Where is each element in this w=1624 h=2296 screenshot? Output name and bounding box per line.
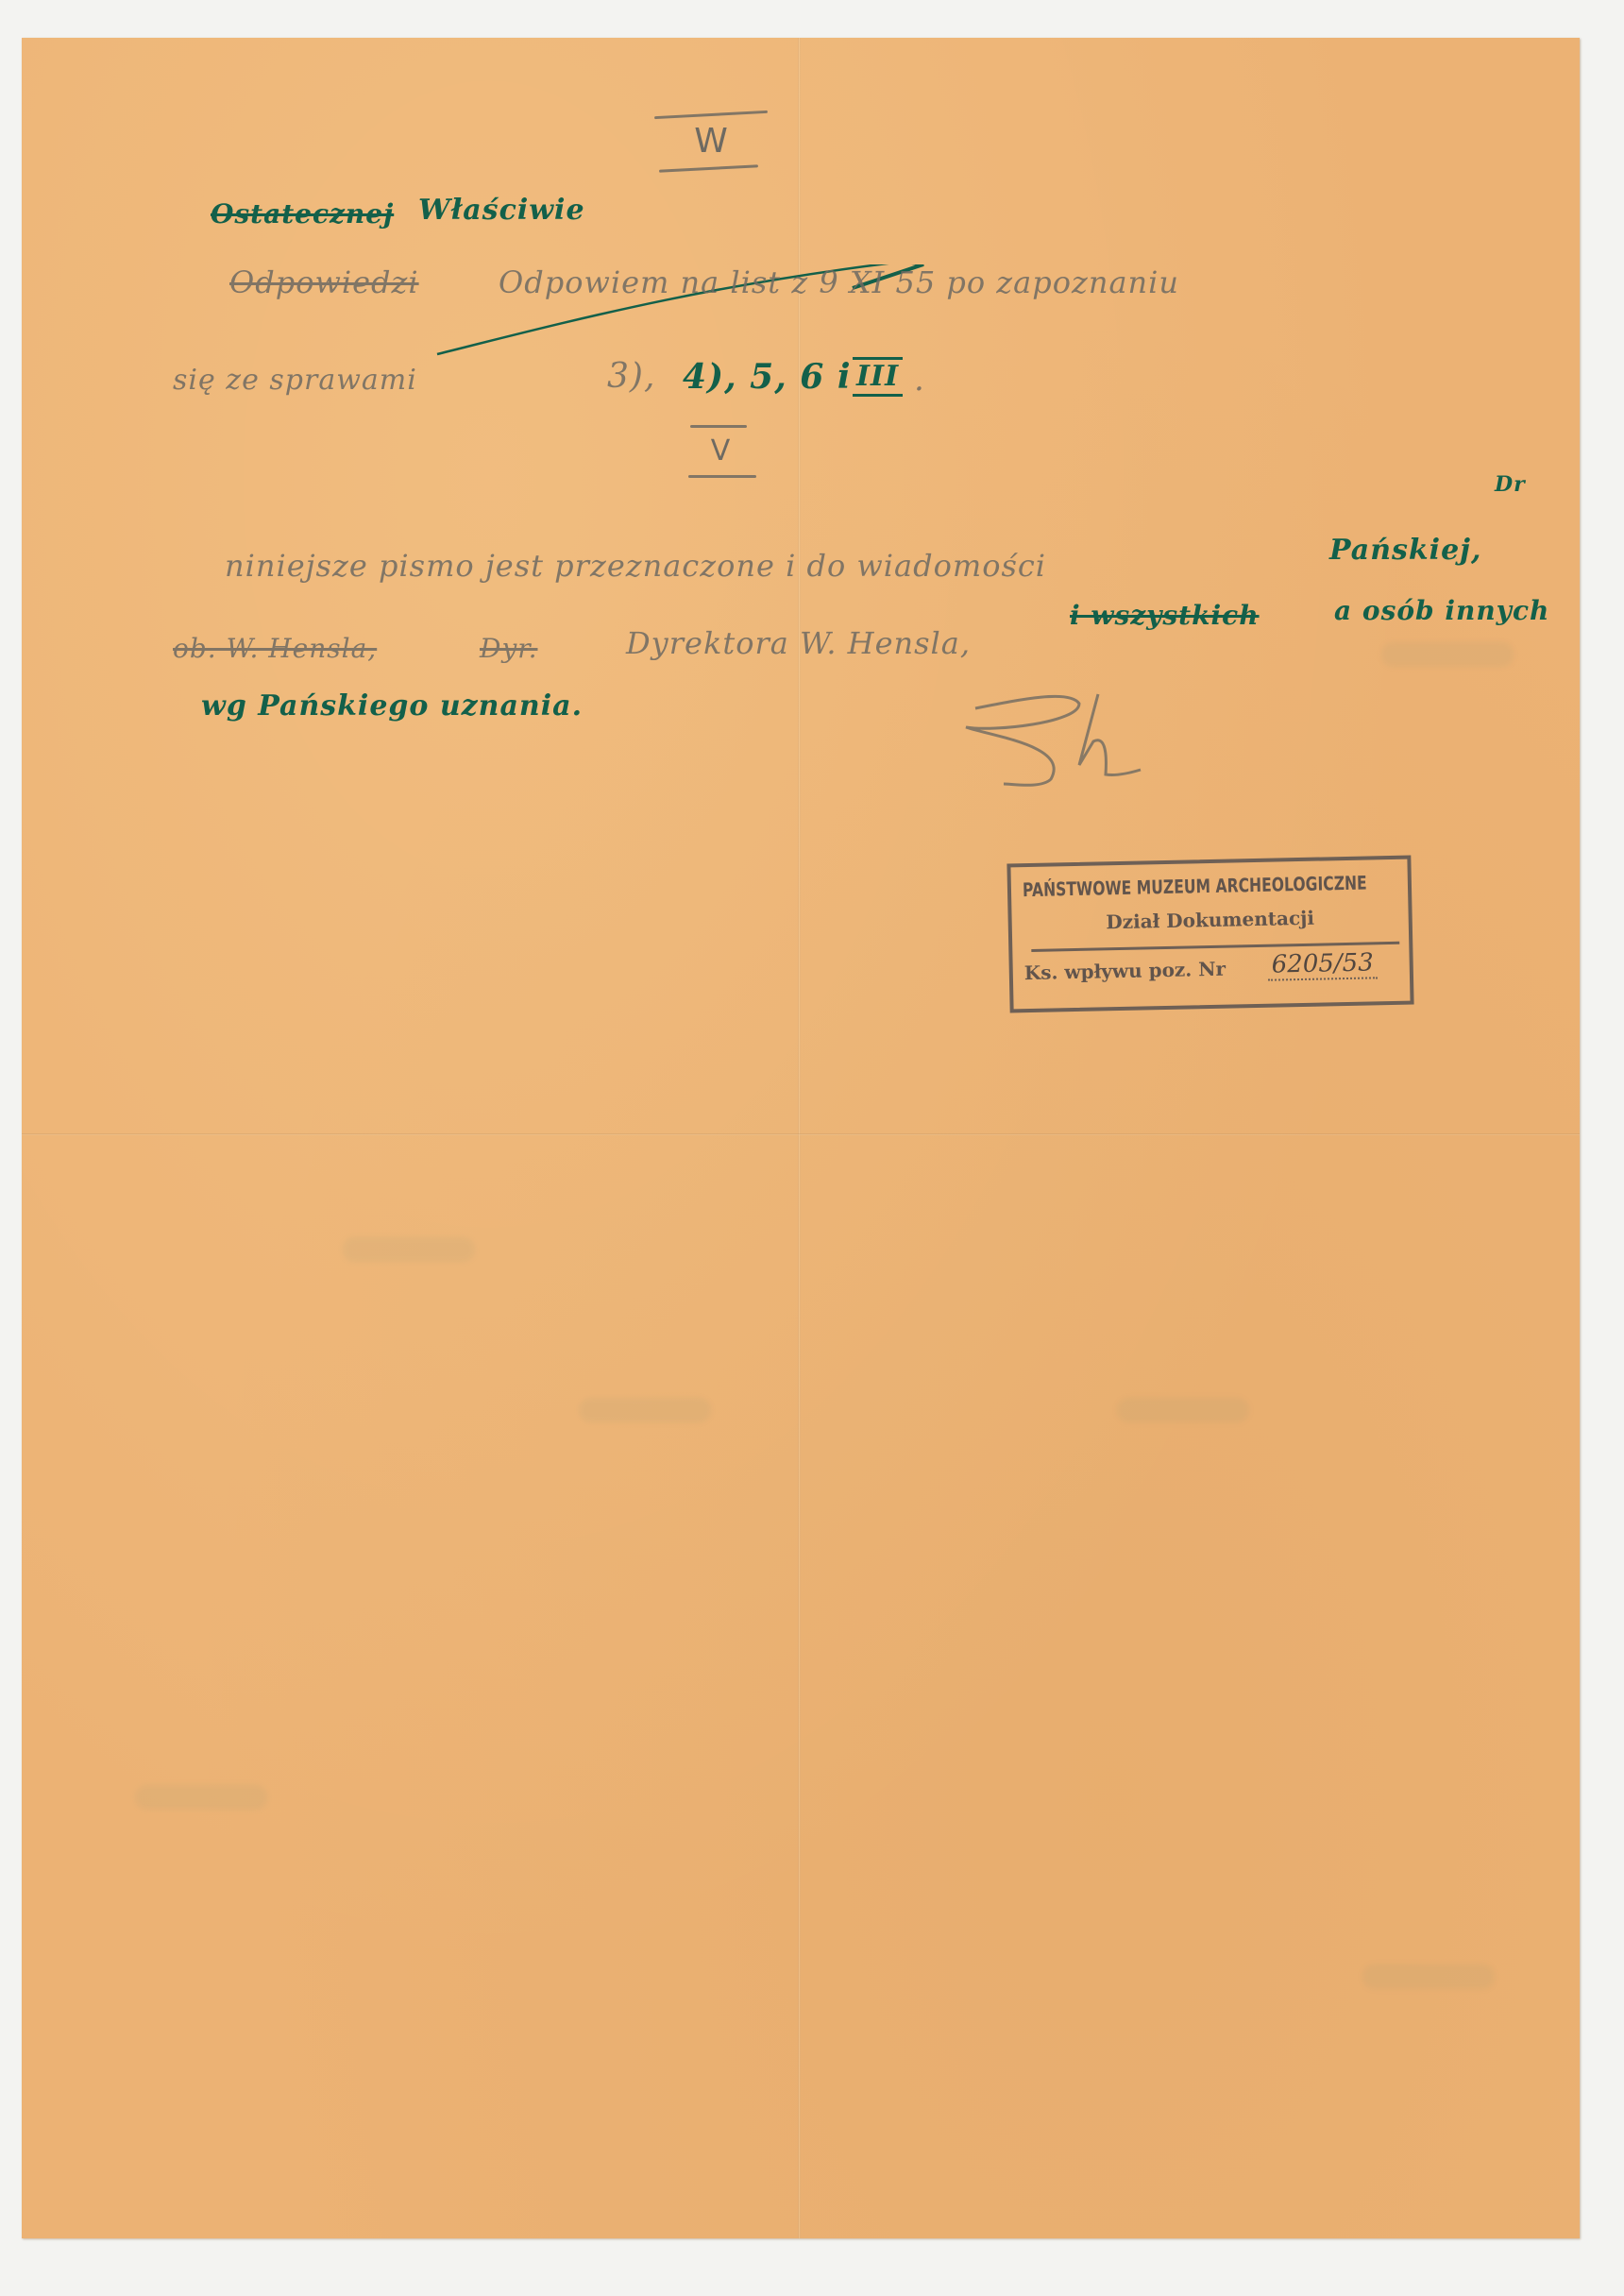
item-list-ink: 4), 5, 6 i: [683, 357, 852, 397]
paragraph-2-line-2: Dyrektora W. Hensla,: [626, 625, 971, 661]
struck-pencil-abbrev: Dyr.: [480, 633, 537, 664]
show-through-mark: [135, 1785, 267, 1810]
heading-letter: V: [683, 428, 758, 475]
struck-pencil-word: Odpowiedzi: [229, 264, 419, 300]
struck-ink-word: Ostatecznej: [211, 198, 394, 230]
show-through-mark: [343, 1237, 475, 1262]
show-through-mark: [1381, 642, 1514, 667]
ink-insert-panskiej: Pańskiej,: [1329, 534, 1481, 567]
heading-underline: [688, 475, 756, 478]
paragraph-2-line-3: wg Pańskiego uznania.: [201, 689, 583, 723]
ink-phrase: a osób innych: [1334, 595, 1549, 626]
paragraph-1-line-1: Odpowiem na list z 9 XI 55 po zapoznaniu: [499, 264, 1179, 300]
sentence-end-period: .: [914, 361, 925, 399]
section-heading-w: W: [650, 113, 772, 170]
inserted-ink-word: Właściwie: [418, 194, 585, 227]
stamp-entry-label: Ks. wpływu poz. Nr: [1024, 958, 1226, 984]
stamp-department: Dział Dokumentacji: [1011, 905, 1408, 936]
heading-underline: [690, 425, 747, 428]
show-through-mark: [579, 1398, 711, 1422]
struck-pencil-name: ob. W. Hensla,: [173, 633, 377, 664]
item-list-pencil: 3),: [607, 357, 655, 396]
horizontal-fold-crease: [22, 1133, 1580, 1135]
superscript-insert: Dr: [1495, 472, 1526, 497]
struck-ink-phrase: i wszystkich: [1070, 600, 1260, 631]
heading-letter: W: [650, 116, 772, 167]
stamp-entry-number: 6205/53: [1267, 948, 1378, 980]
show-through-mark: [1117, 1398, 1249, 1422]
signature-initials-icon: [938, 689, 1145, 793]
section-heading-v: V: [683, 425, 758, 478]
show-through-mark: [1362, 1964, 1495, 1989]
stamp-institution: PAŃSTWOWE MUZEUM ARCHEOLOGICZNE: [1023, 873, 1316, 901]
document-page: W Ostatecznej Właściwie Odpowiedzi Odpow…: [22, 38, 1580, 2238]
roman-numeral-iii: III: [853, 357, 903, 397]
paragraph-2-line-1: niniejsze pismo jest przeznaczone i do w…: [225, 548, 1046, 584]
registration-stamp: PAŃSTWOWE MUZEUM ARCHEOLOGICZNE Dział Do…: [1007, 856, 1413, 1013]
paragraph-1-line-2: się ze sprawami: [173, 364, 417, 397]
